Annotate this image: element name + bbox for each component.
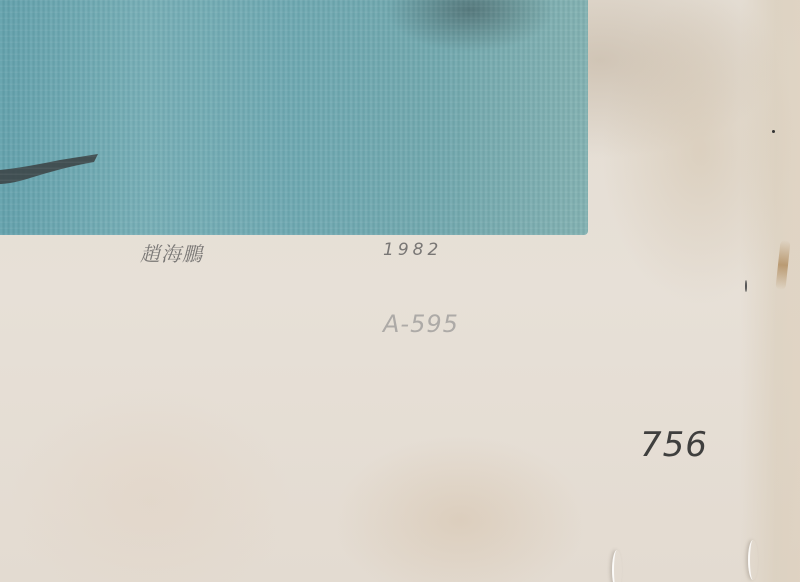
paper-edge-shadow xyxy=(740,0,800,582)
paper-crease xyxy=(612,550,622,582)
printed-blue-area xyxy=(0,0,588,235)
photo-scene: 趙海鵬 1982 A-595 756 xyxy=(0,0,800,582)
edition-number: A-595 xyxy=(383,310,459,338)
paper-mark xyxy=(745,280,747,292)
paper-crease xyxy=(748,540,758,580)
catalog-number: 756 xyxy=(640,425,708,465)
branch-silhouette-icon xyxy=(0,148,100,188)
artist-signature: 趙海鵬 xyxy=(140,238,203,267)
print-year: 1982 xyxy=(383,240,442,260)
paper-speck xyxy=(772,130,775,133)
